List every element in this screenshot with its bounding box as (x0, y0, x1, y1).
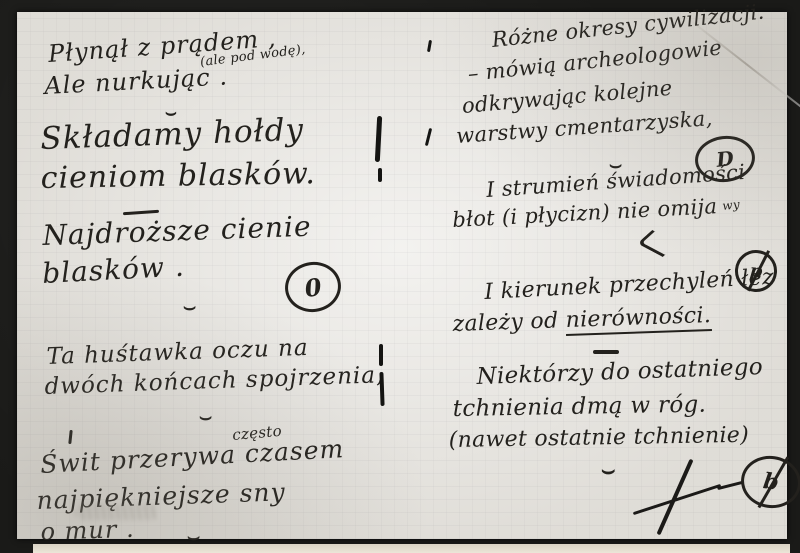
binding-stitch-mark (378, 168, 382, 182)
binding-stitch-mark (427, 40, 432, 52)
photo-crease (688, 18, 800, 112)
photo-print: Płynął z prądem , Ale nurkując . (ale po… (17, 12, 787, 539)
handwritten-line: tchnienia dmą w róg. (453, 394, 707, 421)
handwritten-line: zależy od nierówności. (452, 305, 711, 336)
tick-mark (68, 430, 72, 444)
handwritten-line: o mur . (40, 517, 135, 544)
handwritten-text: zależy od (452, 308, 566, 337)
handwritten-line: dwóch końcach spojrzenia, (44, 364, 384, 399)
dash-mark (593, 350, 619, 354)
handwritten-line: blasków . (42, 253, 186, 288)
photo-mat: Płynął z prądem , Ale nurkując . (ale po… (0, 0, 800, 553)
handwritten-line: najpiękniejsze sny (36, 479, 286, 513)
breath-mark: ⌣ (199, 406, 212, 426)
handwritten-insertion: wy (722, 198, 741, 212)
breath-mark: ⌣ (183, 296, 196, 316)
circled-letter-mark: 0 (282, 258, 344, 315)
circled-letter-mark: b (738, 452, 800, 512)
handwritten-line: cieniom blasków. (40, 159, 316, 194)
handwritten-line: Niektórzy do ostatniego (476, 356, 763, 389)
handwritten-line: Składamy hołdy (40, 115, 305, 155)
binding-stitch-mark (425, 128, 432, 146)
breath-mark: ⌣ (187, 526, 200, 546)
binding-stitch-mark (375, 116, 382, 162)
handwritten-line: Świt przerywa czasem (40, 436, 345, 477)
arrow-dash-mark (717, 481, 743, 490)
breath-mark: ⌣ (601, 460, 615, 482)
handwritten-line: Różne okresy cywilizacji. (491, 1, 765, 51)
handwritten-line: Najdroższe cienie (42, 213, 312, 250)
arrow-mark (637, 230, 678, 257)
underlined-word: nierówności. (565, 303, 711, 336)
handwritten-line: (nawet ostatnie tchnienie) (449, 425, 750, 452)
binding-stitch-mark (379, 344, 383, 366)
handwritten-line: Ta huśtawka oczu na (46, 337, 309, 369)
handwritten-line: I kierunek przechyleń łez (484, 267, 775, 304)
underlying-paper-edge (33, 544, 790, 553)
